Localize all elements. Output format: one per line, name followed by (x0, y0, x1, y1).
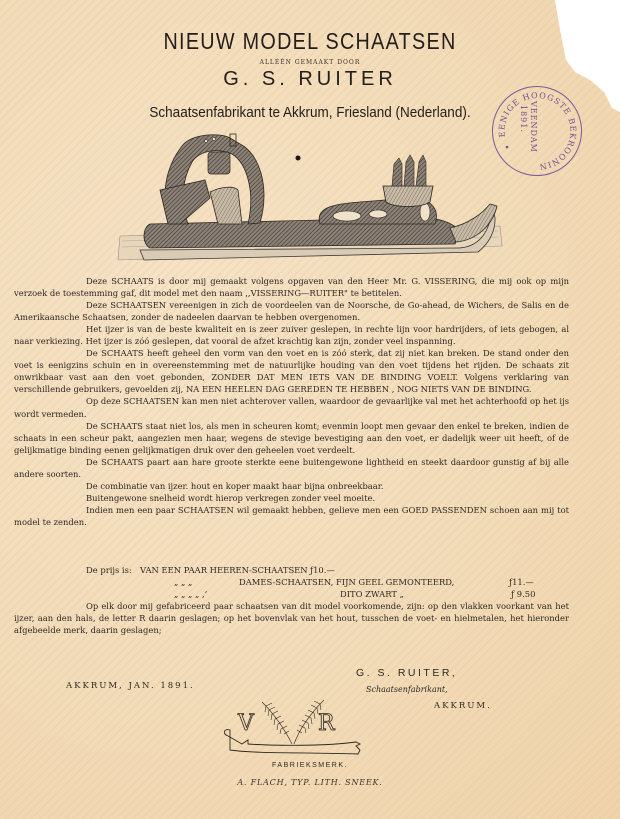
price-row: „ „ „ DAMES-SCHAATSEN, FIJN GEEL GEMONTE… (14, 576, 569, 588)
award-stamp: EENIGE HOOGSTE BEKROONING VEENDAM 1891. (492, 86, 582, 176)
document-body: Deze SCHAATS is door mij gemaakt volgens… (14, 275, 569, 528)
paragraph: Op deze SCHAATSEN kan men niet achterove… (14, 395, 569, 419)
paragraph: Indien men een paar SCHAATSEN wil gemaak… (14, 504, 569, 528)
trademark-icon: V R (218, 694, 368, 758)
signature-name: G. S. RUITER, (356, 667, 457, 679)
printer-credit: A. FLACH, TYP. LITH. SNEEK. (0, 778, 620, 787)
price-row: „ „ „ „ ,’ DITO ZWART „ ƒ 9.50 (14, 588, 569, 600)
price-value: ƒ11.— (509, 576, 534, 588)
price-intro: De prijs is: (86, 564, 132, 576)
paragraph: Het ijzer is van de beste kwaliteit en i… (14, 323, 569, 347)
price-item: DITO ZWART „ (340, 588, 404, 600)
price-item: DAMES-SCHAATSEN, FIJN GEEL GEMONTEERD, (239, 576, 454, 588)
stamp-place: VEENDAM (529, 101, 538, 153)
paragraph: De combinatie van ijzer. hout en koper m… (14, 480, 569, 492)
price-ditto: „ „ „ „ ,’ (174, 588, 207, 600)
price-ditto: „ „ „ (174, 576, 192, 588)
closing-block: Op elk door mij gefabriceerd paar schaat… (14, 600, 569, 636)
trademark-caption: FABRIEKSMERK. (0, 762, 620, 769)
paragraph: Buitengewone snelheid wordt hierop verkr… (14, 492, 569, 504)
stamp-year: 1891. (519, 105, 528, 133)
price-row: De prijs is: VAN EEN PAAR HEEREN-SCHAATS… (14, 564, 569, 576)
skate-illustration-icon (110, 128, 505, 268)
price-value: ƒ 9.50 (511, 588, 535, 600)
signature-title: Schaatsenfabrikant, (366, 685, 448, 694)
price-value: ƒ10.— (310, 564, 335, 576)
price-item: VAN EEN PAAR HEEREN-SCHAATSEN (140, 564, 308, 576)
document-title: NIEUW MODEL SCHAATSEN (43, 28, 576, 55)
price-list: De prijs is: VAN EEN PAAR HEEREN-SCHAATS… (14, 564, 569, 636)
paragraph: De SCHAATS heeft geheel den vorm van den… (14, 347, 569, 395)
document-subtitle: ALLÉÉN GEMAAKT DOOR (0, 59, 620, 66)
paragraph: De SCHAATS staat niet los, als men in sc… (14, 420, 569, 456)
place-date: AKKRUM, JAN. 1891. (66, 681, 195, 691)
signature-city: AKKRUM. (434, 701, 492, 711)
paragraph: De SCHAATS paart aan hare groote sterkte… (14, 456, 569, 480)
svg-text:V: V (237, 711, 255, 736)
paragraph: Deze SCHAATS is door mij gemaakt volgens… (14, 275, 569, 299)
closing-paragraph: Op elk door mij gefabriceerd paar schaat… (14, 600, 569, 636)
svg-text:R: R (318, 711, 336, 736)
paragraph: Deze SCHAATSEN vereenigen in zich de voo… (14, 299, 569, 323)
